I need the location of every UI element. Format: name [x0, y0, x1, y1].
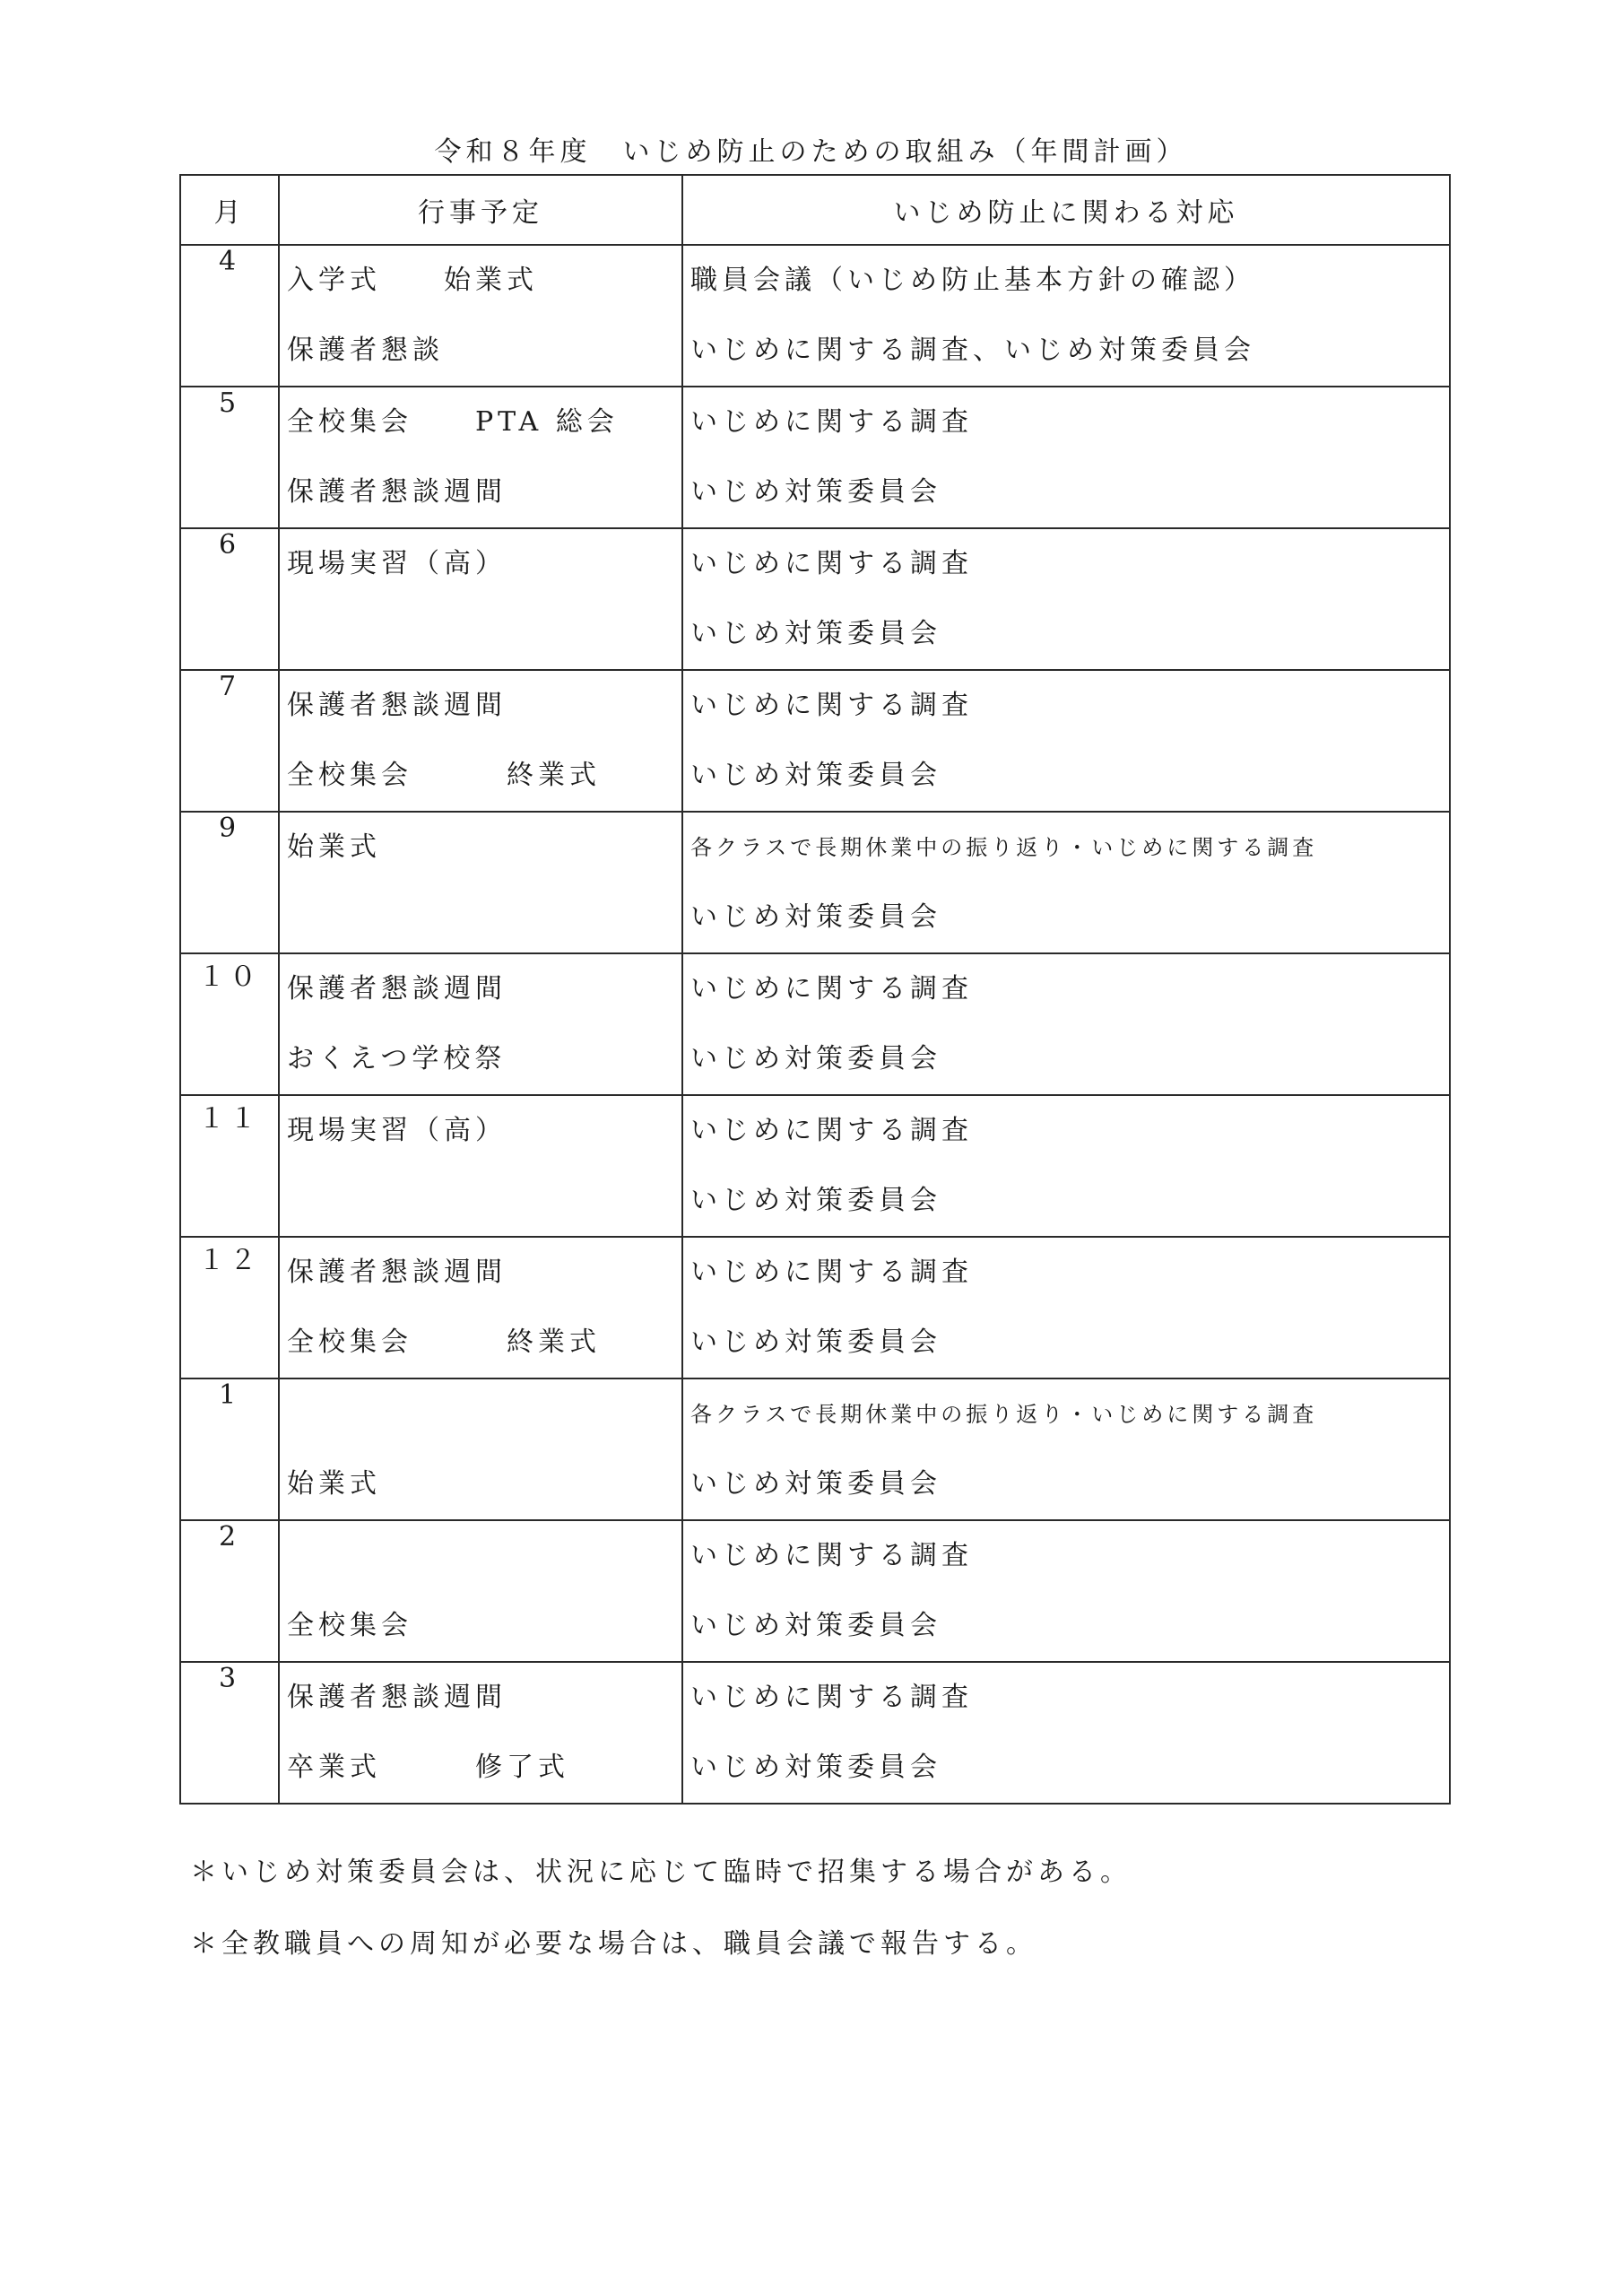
events-cell: 保護者懇談週間 全校集会 終業式 [279, 1237, 682, 1378]
month-cell: 5 [180, 387, 279, 528]
month-cell: 4 [180, 245, 279, 387]
month-cell: 9 [180, 812, 279, 953]
table-row: １２ 保護者懇談週間 全校集会 終業式 いじめに関する調査 いじめ対策委員会 [180, 1237, 1450, 1378]
event-line-2: 保護者懇談 [287, 333, 681, 369]
action-line-1: いじめに関する調査 [690, 1538, 1449, 1574]
event-line-1 [287, 1396, 681, 1432]
month-cell: 1 [180, 1378, 279, 1520]
action-line-2: いじめ対策委員会 [690, 1750, 1449, 1786]
note-1: ＊いじめ対策委員会は、状況に応じて臨時で招集する場合がある。 [190, 1855, 1132, 1926]
event-line-1: 全校集会 PTA 総会 [287, 404, 681, 440]
table-row: １０ 保護者懇談週間 おくえつ学校祭 いじめに関する調査 いじめ対策委員会 [180, 953, 1450, 1095]
event-line-2: 始業式 [287, 1466, 681, 1502]
event-line-2 [287, 900, 681, 935]
action-line-1: いじめに関する調査 [690, 1255, 1449, 1291]
actions-cell: いじめに関する調査 いじめ対策委員会 [682, 528, 1450, 670]
actions-cell: 各クラスで長期休業中の振り返り・いじめに関する調査 いじめ対策委員会 [682, 1378, 1450, 1520]
action-line-1: いじめに関する調査 [690, 546, 1449, 582]
action-line-1: いじめに関する調査 [690, 971, 1449, 1007]
notes: ＊いじめ対策委員会は、状況に応じて臨時で招集する場合がある。 ＊全教職員への周知… [190, 1855, 1132, 1998]
header-events: 行事予定 [279, 175, 682, 245]
actions-cell: いじめに関する調査 いじめ対策委員会 [682, 953, 1450, 1095]
annual-plan-table: 月 行事予定 いじめ防止に関わる対応 4 入学式 始業式 保護者懇談 職員会議（… [179, 174, 1451, 1805]
action-line-1: いじめに関する調査 [690, 688, 1449, 724]
event-line-2: 保護者懇談週間 [287, 474, 681, 510]
action-line-1: いじめに関する調査 [690, 1680, 1449, 1716]
month-cell: 2 [180, 1520, 279, 1662]
table-row: 4 入学式 始業式 保護者懇談 職員会議（いじめ防止基本方針の確認） いじめに関… [180, 245, 1450, 387]
table-row: 5 全校集会 PTA 総会 保護者懇談週間 いじめに関する調査 いじめ対策委員会 [180, 387, 1450, 528]
event-line-2: 全校集会 終業式 [287, 758, 681, 794]
actions-cell: 各クラスで長期休業中の振り返り・いじめに関する調査 いじめ対策委員会 [682, 812, 1450, 953]
month-cell: １１ [180, 1095, 279, 1237]
month-cell: １２ [180, 1237, 279, 1378]
events-cell: 始業式 [279, 812, 682, 953]
table-row: 7 保護者懇談週間 全校集会 終業式 いじめに関する調査 いじめ対策委員会 [180, 670, 1450, 812]
table-row: 1 始業式 各クラスで長期休業中の振り返り・いじめに関する調査 いじめ対策委員会 [180, 1378, 1450, 1520]
events-cell: 保護者懇談週間 卒業式 修了式 [279, 1662, 682, 1804]
action-line-2: いじめ対策委員会 [690, 758, 1449, 794]
action-line-2: いじめ対策委員会 [690, 616, 1449, 652]
actions-cell: いじめに関する調査 いじめ対策委員会 [682, 387, 1450, 528]
table-row: 3 保護者懇談週間 卒業式 修了式 いじめに関する調査 いじめ対策委員会 [180, 1662, 1450, 1804]
event-line-1: 始業式 [287, 830, 681, 865]
events-cell: 始業式 [279, 1378, 682, 1520]
header-month: 月 [180, 175, 279, 245]
action-line-1: いじめに関する調査 [690, 404, 1449, 440]
event-line-1: 保護者懇談週間 [287, 1255, 681, 1291]
action-line-2: いじめに関する調査、いじめ対策委員会 [690, 333, 1449, 369]
actions-cell: いじめに関する調査 いじめ対策委員会 [682, 670, 1450, 812]
action-line-1: 職員会議（いじめ防止基本方針の確認） [690, 263, 1449, 299]
events-cell: 現場実習（高） [279, 528, 682, 670]
table-row: １１ 現場実習（高） いじめに関する調査 いじめ対策委員会 [180, 1095, 1450, 1237]
action-line-2: いじめ対策委員会 [690, 1325, 1449, 1361]
events-cell: 入学式 始業式 保護者懇談 [279, 245, 682, 387]
action-line-2: いじめ対策委員会 [690, 1466, 1449, 1502]
month-cell: 7 [180, 670, 279, 812]
action-line-2: いじめ対策委員会 [690, 1183, 1449, 1219]
document-title: 令和８年度 いじめ防止のための取組み（年間計画） [0, 129, 1622, 169]
event-line-1: 保護者懇談週間 [287, 971, 681, 1007]
table-header-row: 月 行事予定 いじめ防止に関わる対応 [180, 175, 1450, 245]
event-line-1: 入学式 始業式 [287, 263, 681, 299]
events-cell: 現場実習（高） [279, 1095, 682, 1237]
event-line-2 [287, 1183, 681, 1219]
events-cell: 全校集会 [279, 1520, 682, 1662]
events-cell: 保護者懇談週間 全校集会 終業式 [279, 670, 682, 812]
event-line-2: おくえつ学校祭 [287, 1041, 681, 1077]
note-2: ＊全教職員への周知が必要な場合は、職員会議で報告する。 [190, 1926, 1132, 1998]
actions-cell: いじめに関する調査 いじめ対策委員会 [682, 1095, 1450, 1237]
event-line-1: 保護者懇談週間 [287, 688, 681, 724]
events-cell: 保護者懇談週間 おくえつ学校祭 [279, 953, 682, 1095]
header-actions: いじめ防止に関わる対応 [682, 175, 1450, 245]
event-line-2 [287, 616, 681, 652]
month-cell: 3 [180, 1662, 279, 1804]
table-row: 9 始業式 各クラスで長期休業中の振り返り・いじめに関する調査 いじめ対策委員会 [180, 812, 1450, 953]
action-line-2: いじめ対策委員会 [690, 1608, 1449, 1644]
actions-cell: いじめに関する調査 いじめ対策委員会 [682, 1662, 1450, 1804]
event-line-2: 全校集会 [287, 1608, 681, 1644]
event-line-1: 現場実習（高） [287, 1113, 681, 1149]
event-line-1 [287, 1538, 681, 1574]
event-line-2: 卒業式 修了式 [287, 1750, 681, 1786]
action-line-1: 各クラスで長期休業中の振り返り・いじめに関する調査 [690, 830, 1449, 865]
action-line-2: いじめ対策委員会 [690, 900, 1449, 935]
action-line-1: 各クラスで長期休業中の振り返り・いじめに関する調査 [690, 1396, 1449, 1432]
month-cell: 6 [180, 528, 279, 670]
actions-cell: 職員会議（いじめ防止基本方針の確認） いじめに関する調査、いじめ対策委員会 [682, 245, 1450, 387]
actions-cell: いじめに関する調査 いじめ対策委員会 [682, 1237, 1450, 1378]
actions-cell: いじめに関する調査 いじめ対策委員会 [682, 1520, 1450, 1662]
table-row: 6 現場実習（高） いじめに関する調査 いじめ対策委員会 [180, 528, 1450, 670]
events-cell: 全校集会 PTA 総会 保護者懇談週間 [279, 387, 682, 528]
action-line-1: いじめに関する調査 [690, 1113, 1449, 1149]
event-line-2: 全校集会 終業式 [287, 1325, 681, 1361]
event-line-1: 現場実習（高） [287, 546, 681, 582]
table-row: 2 全校集会 いじめに関する調査 いじめ対策委員会 [180, 1520, 1450, 1662]
action-line-2: いじめ対策委員会 [690, 1041, 1449, 1077]
month-cell: １０ [180, 953, 279, 1095]
event-line-1: 保護者懇談週間 [287, 1680, 681, 1716]
action-line-2: いじめ対策委員会 [690, 474, 1449, 510]
